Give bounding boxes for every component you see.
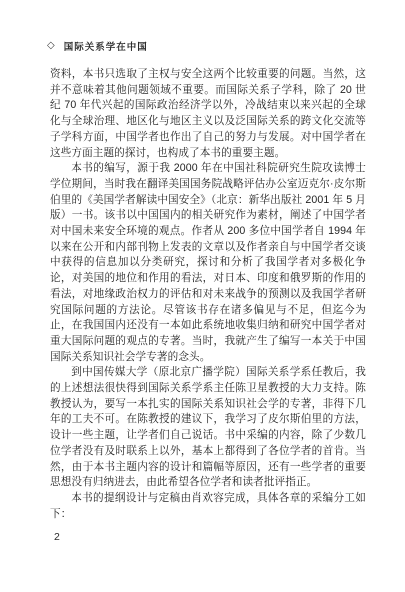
running-header: ◇ 国际关系学在中国 xyxy=(47,39,148,53)
body-paragraph: 本书的提纲设计与定稿由肖欢容完成，具体各章的采编分工如下： xyxy=(50,491,366,522)
running-header-title: 国际关系学在中国 xyxy=(64,39,148,53)
page-content: 资料，本书只选取了主权与安全这两个比较重要的问题。当然，这并不意味着其他问题领域… xyxy=(50,67,366,522)
body-paragraph: 资料，本书只选取了主权与安全这两个比较重要的问题。当然，这并不意味着其他问题领域… xyxy=(50,67,366,161)
body-paragraph: 到中国传媒大学（原北京广播学院）国际关系学系任教后，我的上述想法很快得到国际关系… xyxy=(50,365,366,491)
diamond-icon: ◇ xyxy=(47,41,55,51)
body-paragraph: 本书的编写，源于我 2000 年在中国社科院研究生院攻读博士学位期间，当时我在翻… xyxy=(50,161,366,365)
page-number: 2 xyxy=(54,531,60,543)
book-page: ◇ 国际关系学在中国 资料，本书只选取了主权与安全这两个比较重要的问题。当然，这… xyxy=(0,0,405,592)
